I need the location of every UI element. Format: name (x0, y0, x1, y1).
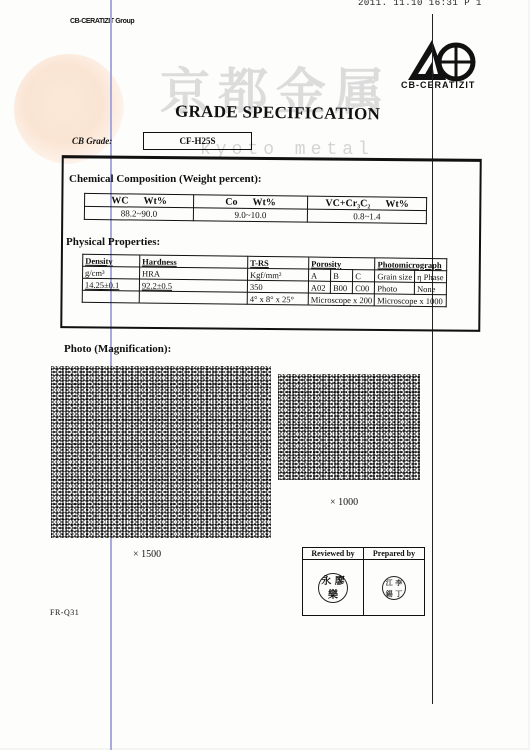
photo-heading: Photo (Magnification): (64, 343, 171, 355)
trs-header: T-RS (248, 256, 309, 269)
col-unit: Wt% (385, 198, 408, 209)
col-name: Co (225, 196, 237, 207)
fax-header: 2011. 11.10 16:31 P 1 (358, 0, 482, 8)
preparer-seal-stamp: 江 李 錫 丁 (382, 576, 406, 600)
reviewer-seal-stamp: 永 廖 樂 (318, 573, 348, 603)
micrograph-x1000-image (278, 374, 420, 480)
reviewed-by-cell: 永 廖 樂 (303, 560, 364, 616)
porosity-col-b: B (331, 269, 353, 281)
micrograph-x1500-caption: × 1500 (133, 549, 161, 560)
density-value: 14.25±0.1 (82, 278, 139, 291)
micrograph-x1500-image (51, 366, 271, 538)
density-header: Density (83, 254, 140, 267)
grade-value: CF-H25S (143, 132, 252, 150)
scan-artifact-line-dark (432, 14, 433, 704)
density-unit: g/cm³ (83, 266, 140, 279)
photomicrograph-value-grain: Photo (375, 282, 415, 294)
porosity-col-a: A (308, 269, 330, 281)
porosity-value-a: A02 (308, 281, 330, 293)
photomicrograph-col-grain: Grain size (375, 270, 415, 282)
chem-value-wc: 88.2~90.0 (84, 206, 193, 220)
group-label: CB-CERATIZIT Group (70, 18, 134, 25)
document-page: 京都金属 kyoto metal 2011. 11.10 16:31 P 1 C… (0, 0, 528, 748)
porosity-value-c: C00 (353, 282, 375, 294)
photomicrograph-col-eta: η Phase (415, 270, 447, 282)
micrograph-x1000-caption: × 1000 (330, 497, 358, 508)
photomicrograph-note: Microscope x 1000 (375, 294, 446, 307)
signoff-table: Reviewed by Prepared by 永 廖 樂 江 李 錫 丁 (302, 547, 425, 616)
chemical-heading: Chemical Composition (Weight percent): (69, 173, 262, 185)
trs-unit: Kgf/mm² (248, 268, 309, 281)
col-name: WC (111, 195, 128, 206)
physical-heading: Physical Properties: (66, 236, 160, 248)
hardness-blank (139, 291, 247, 304)
porosity-value-b: B00 (330, 281, 352, 293)
chem-value-co: 9.0~10.0 (193, 208, 307, 222)
logo-text: CB-CERATIZIT (401, 80, 475, 90)
trs-note: 4° x 8° x 25° (247, 292, 308, 305)
chemical-table: WC Wt% Co Wt% VC+Cr₃C₂ Wt% 88.2~90.0 9.0… (84, 193, 427, 224)
prepared-by-cell: 江 李 錫 丁 (364, 560, 425, 616)
photomicrograph-header: Photomicrograph (375, 258, 446, 271)
chem-value-vc: 0.8~1.4 (307, 209, 426, 223)
col-unit: Wt% (252, 196, 275, 207)
trs-value: 350 (247, 280, 308, 293)
photomicrograph-value-eta: None (414, 282, 446, 294)
porosity-note: Microscope x 200 (308, 293, 375, 306)
porosity-col-c: C (353, 270, 375, 282)
page-title: GRADE SPECIFICATION (175, 102, 380, 125)
watermark-emblem (14, 54, 124, 164)
col-name: VC+Cr₃C₂ (325, 197, 370, 209)
density-blank (82, 290, 139, 303)
prepared-by-label: Prepared by (364, 548, 425, 560)
porosity-header: Porosity (309, 257, 376, 270)
form-code: FR-Q31 (50, 608, 79, 617)
grade-label: CB Grade: (72, 136, 112, 146)
chem-header-wc: WC Wt% (85, 193, 194, 207)
col-unit: Wt% (143, 195, 166, 206)
physical-table: Density Hardness T-RS Porosity Photomicr… (82, 254, 447, 307)
reviewed-by-label: Reviewed by (303, 548, 364, 560)
